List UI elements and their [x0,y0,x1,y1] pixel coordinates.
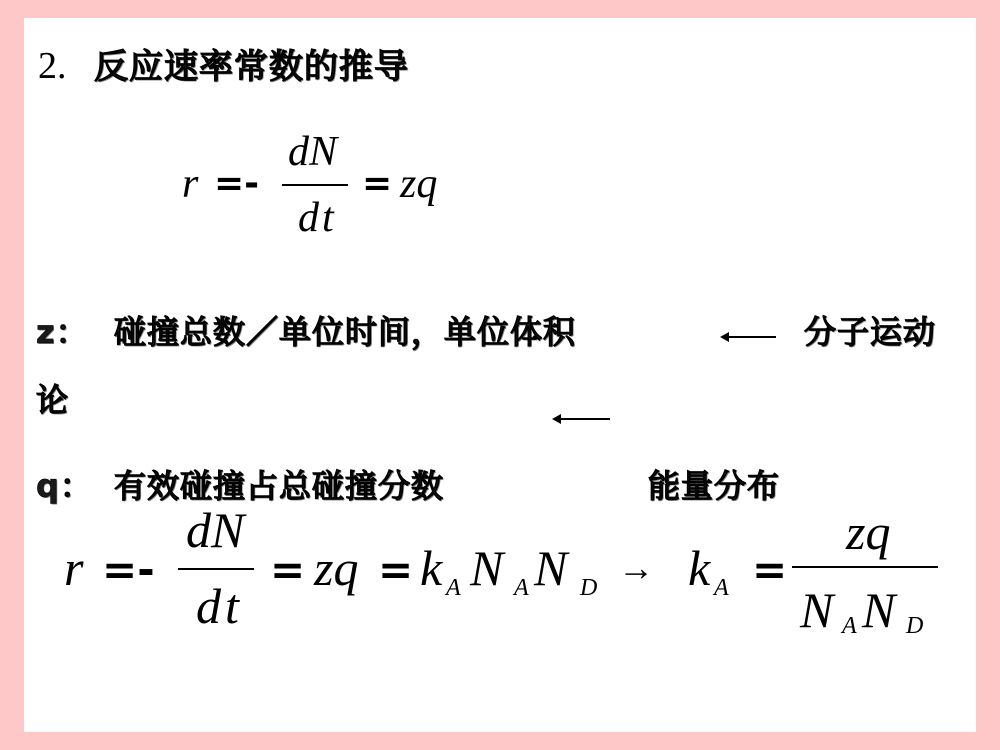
q-source: 能量分布 [648,466,780,506]
eq2-k-sub: A [446,574,461,602]
eq1-equals: = [362,160,392,208]
eq2-frac-den-N1: N [800,582,833,638]
eq1-denominator: dt [298,194,337,242]
eq2-denominator: dt [196,578,243,634]
eq2-numerator: dN [186,502,244,558]
eq2-fraction-bar [178,568,254,570]
eq2-N1-sub: A [514,574,529,602]
eq2-N2: N [534,540,567,596]
eq2-frac-den-N2: N [862,582,895,638]
eq2-equals-minus: =- [102,542,155,598]
heading-number: 2. [38,44,67,88]
z-definition: 碰撞总数／单位时间，单位体积 [114,312,576,352]
z-arrow-icon [722,336,776,338]
eq1-equals-minus: =- [214,160,259,208]
eq2-frac-den-N2-sub: D [906,612,923,640]
eq2-k2-sub: A [714,574,729,602]
eq2-frac-bar [792,566,938,568]
eq2-zq: zq [314,540,358,596]
z-source: 分子运动 [804,312,936,352]
eq2-lhs: r [64,540,83,596]
eq2-equals-2: = [378,542,413,598]
q-arrow-icon [554,418,610,420]
heading-title: 反应速率常数的推导 [94,46,409,88]
eq1-numerator: dN [288,128,337,176]
eq1-rhs: zq [400,160,437,208]
eq2-frac-numerator: zq [846,504,890,560]
q-label: q： [36,466,93,506]
q-definition: 有效碰撞占总碰撞分数 [114,466,444,506]
implies-arrow-icon: → [618,548,654,588]
z-source-wrap: 论 [36,380,69,420]
eq2-equals-3: = [752,542,787,598]
eq2-N2-sub: D [580,574,597,602]
eq2-k: k [420,540,442,596]
eq2-N1: N [470,540,503,596]
eq2-frac-den-N1-sub: A [842,612,857,640]
eq2-equals-1: = [270,542,305,598]
eq1-lhs: r [182,160,198,208]
eq2-k2: k [688,540,710,596]
eq1-fraction-bar [282,184,348,186]
z-label: z： [36,312,89,352]
